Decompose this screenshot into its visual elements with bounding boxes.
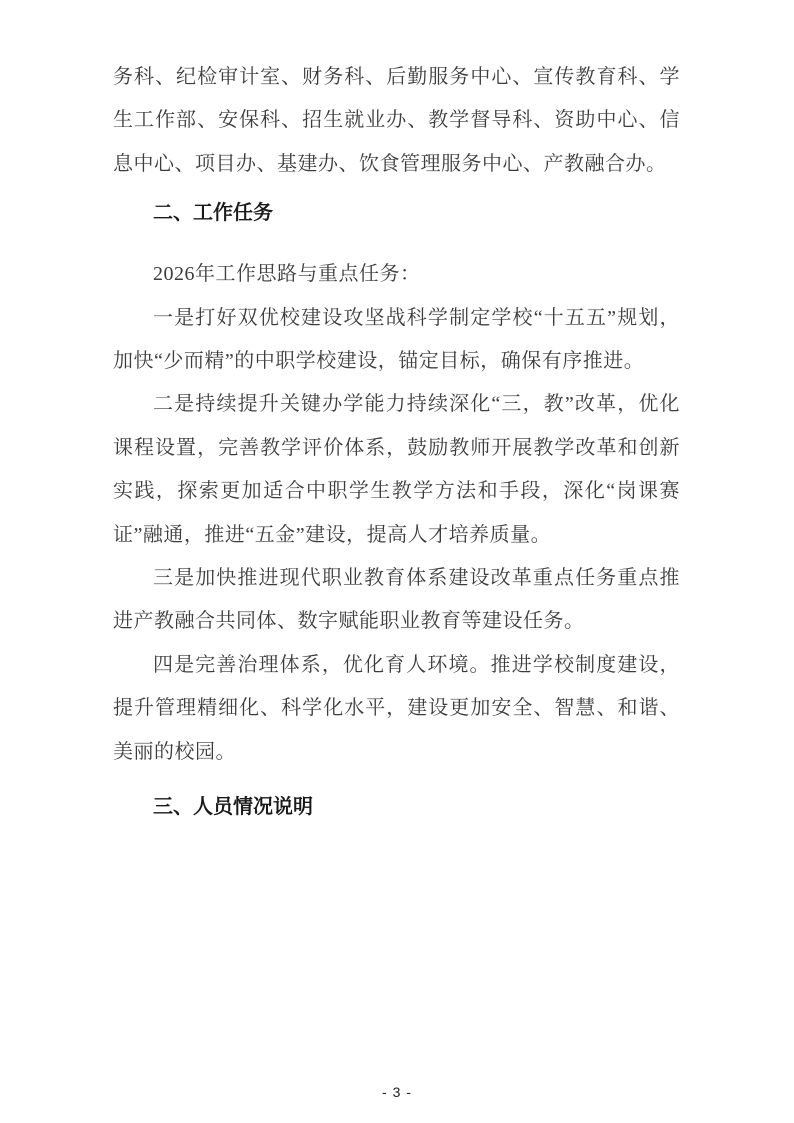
paragraph-2026-intro: 2026年工作思路与重点任务： [113,253,680,296]
paragraph-department-list-continuation: 务科、纪检审计室、财务科、后勤服务中心、宣传教育科、学生工作部、安保科、招生就业… [113,56,680,186]
document-body: 务科、纪检审计室、财务科、后勤服务中心、宣传教育科、学生工作部、安保科、招生就业… [113,56,680,822]
paragraph-task-item-2: 二是持续提升关键办学能力持续深化“三，教”改革，优化课程设置，完善教学评价体系，… [113,383,680,557]
paragraph-task-item-4: 四是完善治理体系，优化育人环境。推进学校制度建设，提升管理精细化、科学化水平，建… [113,644,680,774]
document-page: 务科、纪检审计室、财务科、后勤服务中心、宣传教育科、学生工作部、安保科、招生就业… [0,0,794,1123]
page-number: - 3 - [0,1084,794,1100]
paragraph-task-item-1: 一是打好双优校建设攻坚战科学制定学校“十五五”规划，加快“少而精”的中职学校建设… [113,297,680,384]
section-heading-work-tasks: 二、工作任务 [113,198,680,228]
section-heading-personnel-info: 三、人员情况说明 [113,792,680,822]
paragraph-task-item-3: 三是加快推进现代职业教育体系建设改革重点任务重点推进产教融合共同体、数字赋能职业… [113,557,680,644]
